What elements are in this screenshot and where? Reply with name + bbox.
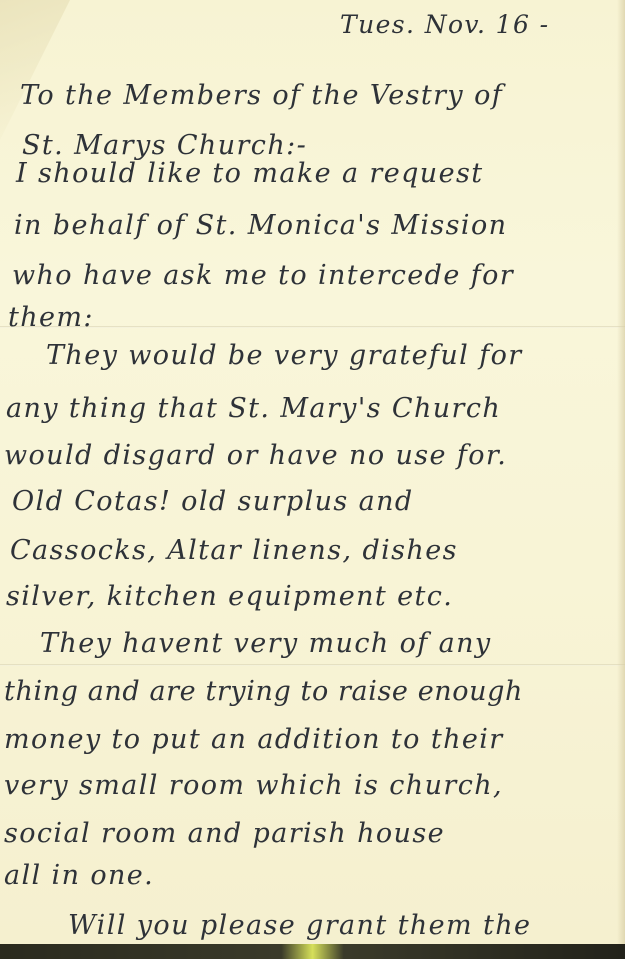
- body-line: Old Cotas! old surplus and: [12, 488, 414, 515]
- body-line: Cassocks, Altar linens, dishes: [10, 537, 458, 564]
- body-line: They havent very much of any: [40, 630, 492, 657]
- body-line: would disgard or have no use for.: [4, 442, 507, 469]
- letter-date: Tues. Nov. 16 -: [340, 12, 549, 37]
- body-line: in behalf of St. Monica's Mission: [14, 212, 507, 239]
- body-line: very small room which is church,: [4, 772, 503, 799]
- body-line: social room and parish house: [4, 820, 445, 847]
- salutation-line: St. Marys Church:-: [22, 132, 307, 159]
- body-line: They would be very grateful for: [46, 342, 523, 369]
- paper-fold-line: [0, 664, 625, 666]
- body-line: money to put an addition to their: [4, 726, 504, 753]
- scan-edge: [0, 944, 625, 959]
- salutation-line: To the Members of the Vestry of: [20, 82, 503, 109]
- body-line: I should like to make a request: [16, 160, 483, 187]
- body-line: thing and are trying to raise enough: [4, 678, 523, 705]
- body-line: any thing that St. Mary's Church: [6, 395, 501, 422]
- body-line: them:: [8, 304, 94, 331]
- body-line: silver, kitchen equipment etc.: [6, 583, 453, 610]
- body-line: all in one.: [4, 862, 154, 889]
- letter-page: Tues. Nov. 16 - To the Members of the Ve…: [0, 0, 625, 944]
- body-line: Will you please grant them the: [68, 912, 531, 939]
- body-line: who have ask me to intercede for: [12, 262, 514, 289]
